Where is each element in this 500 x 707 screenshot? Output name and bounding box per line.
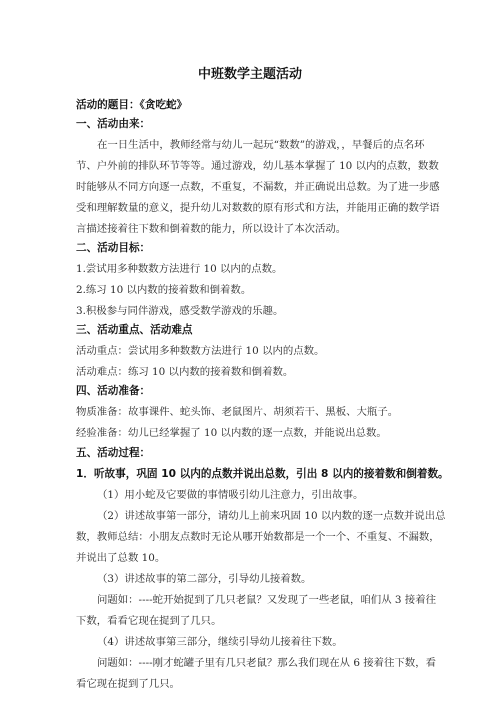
process-line: 并说出了总数 10。 — [76, 551, 436, 565]
paragraph-line: 时能够从不同方向逐一点数，不重复，不漏数，并正确说出总数。为了进一步感 — [76, 180, 436, 194]
section-heading-origin: 一、活动由来： — [76, 117, 436, 131]
goal-item: 3.积极参与同伴游戏，感受数学游戏的乐趣。 — [76, 304, 436, 318]
process-line: 看它现在捉到了几只。 — [76, 677, 436, 691]
goal-item: 2.练习 10 以内数的接着数和倒着数。 — [76, 283, 436, 297]
step1-heading: 1．听故事，巩固 10 以内的点数并说出总数，引出 8 以内的接着数和倒着数。 — [76, 467, 436, 481]
focus-text: 活动重点：尝试用多种数数方法进行 10 以内的点数。 — [76, 344, 436, 358]
experience-prep: 经验准备：幼儿已经掌握了 10 以内数的逐一点数，并能说出总数。 — [76, 426, 436, 440]
paragraph-line: 言描述接着往下数和倒着数的能力，所以设计了本次活动。 — [76, 222, 436, 236]
section-heading-goals: 二、活动目标： — [76, 241, 436, 255]
process-line: （3）讲述故事的第二部分，引导幼儿接着数。 — [76, 572, 457, 586]
process-line: （4）讲述故事第三部分，继续引导幼儿接着往下数。 — [76, 635, 457, 649]
process-line: （2）讲述故事第一部分，请幼儿上前来巩固 10 以内数的逐一点数并说出总 — [76, 509, 457, 523]
process-line: 下数，看看它现在捉到了几只。 — [76, 614, 436, 628]
section-heading-key-points: 三、活动重点、活动难点 — [76, 323, 436, 337]
activity-topic: 活动的题目：《贪吃蛇》 — [76, 98, 436, 112]
process-line: （1）用小蛇及它要做的事情吸引幼儿注意力，引出故事。 — [76, 488, 457, 502]
section-heading-process: 五、活动过程： — [76, 446, 436, 460]
goal-item: 1.尝试用多种数数方法进行 10 以内的点数。 — [76, 262, 436, 276]
section-heading-preparation: 四、活动准备： — [76, 384, 436, 398]
difficulty-text: 活动难点：练习 10 以内数的接着数和倒着数。 — [76, 365, 436, 379]
paragraph-line: 受和理解数量的意义，提升幼儿对数数的原有形式和方法，并能用正确的数学语 — [76, 201, 436, 215]
process-line: 问题如：----刚才蛇罐子里有几只老鼠？那么我们现在从 6 接着往下数，看 — [76, 656, 457, 670]
material-prep: 物质准备：故事课件、蛇头饰、老鼠图片、胡须若干、黑板、大瓶子。 — [76, 405, 436, 419]
process-line: 问题如：----蛇开始捉到了几只老鼠？又发现了一些老鼠，咱们从 3 接着往 — [76, 593, 457, 607]
document-title: 中班数学主题活动 — [0, 63, 500, 82]
process-line: 数，教师总结：小朋友点数时无论从哪开始数都是一个一个、不重复、不漏数， — [76, 530, 436, 544]
paragraph-line: 节、户外前的排队环节等等。通过游戏，幼儿基本掌握了 10 以内的点数，数数 — [76, 159, 436, 173]
paragraph-line: 在一日生活中，教师经常与幼儿一起玩“数数”的游戏，，早餐后的点名环 — [76, 138, 457, 152]
